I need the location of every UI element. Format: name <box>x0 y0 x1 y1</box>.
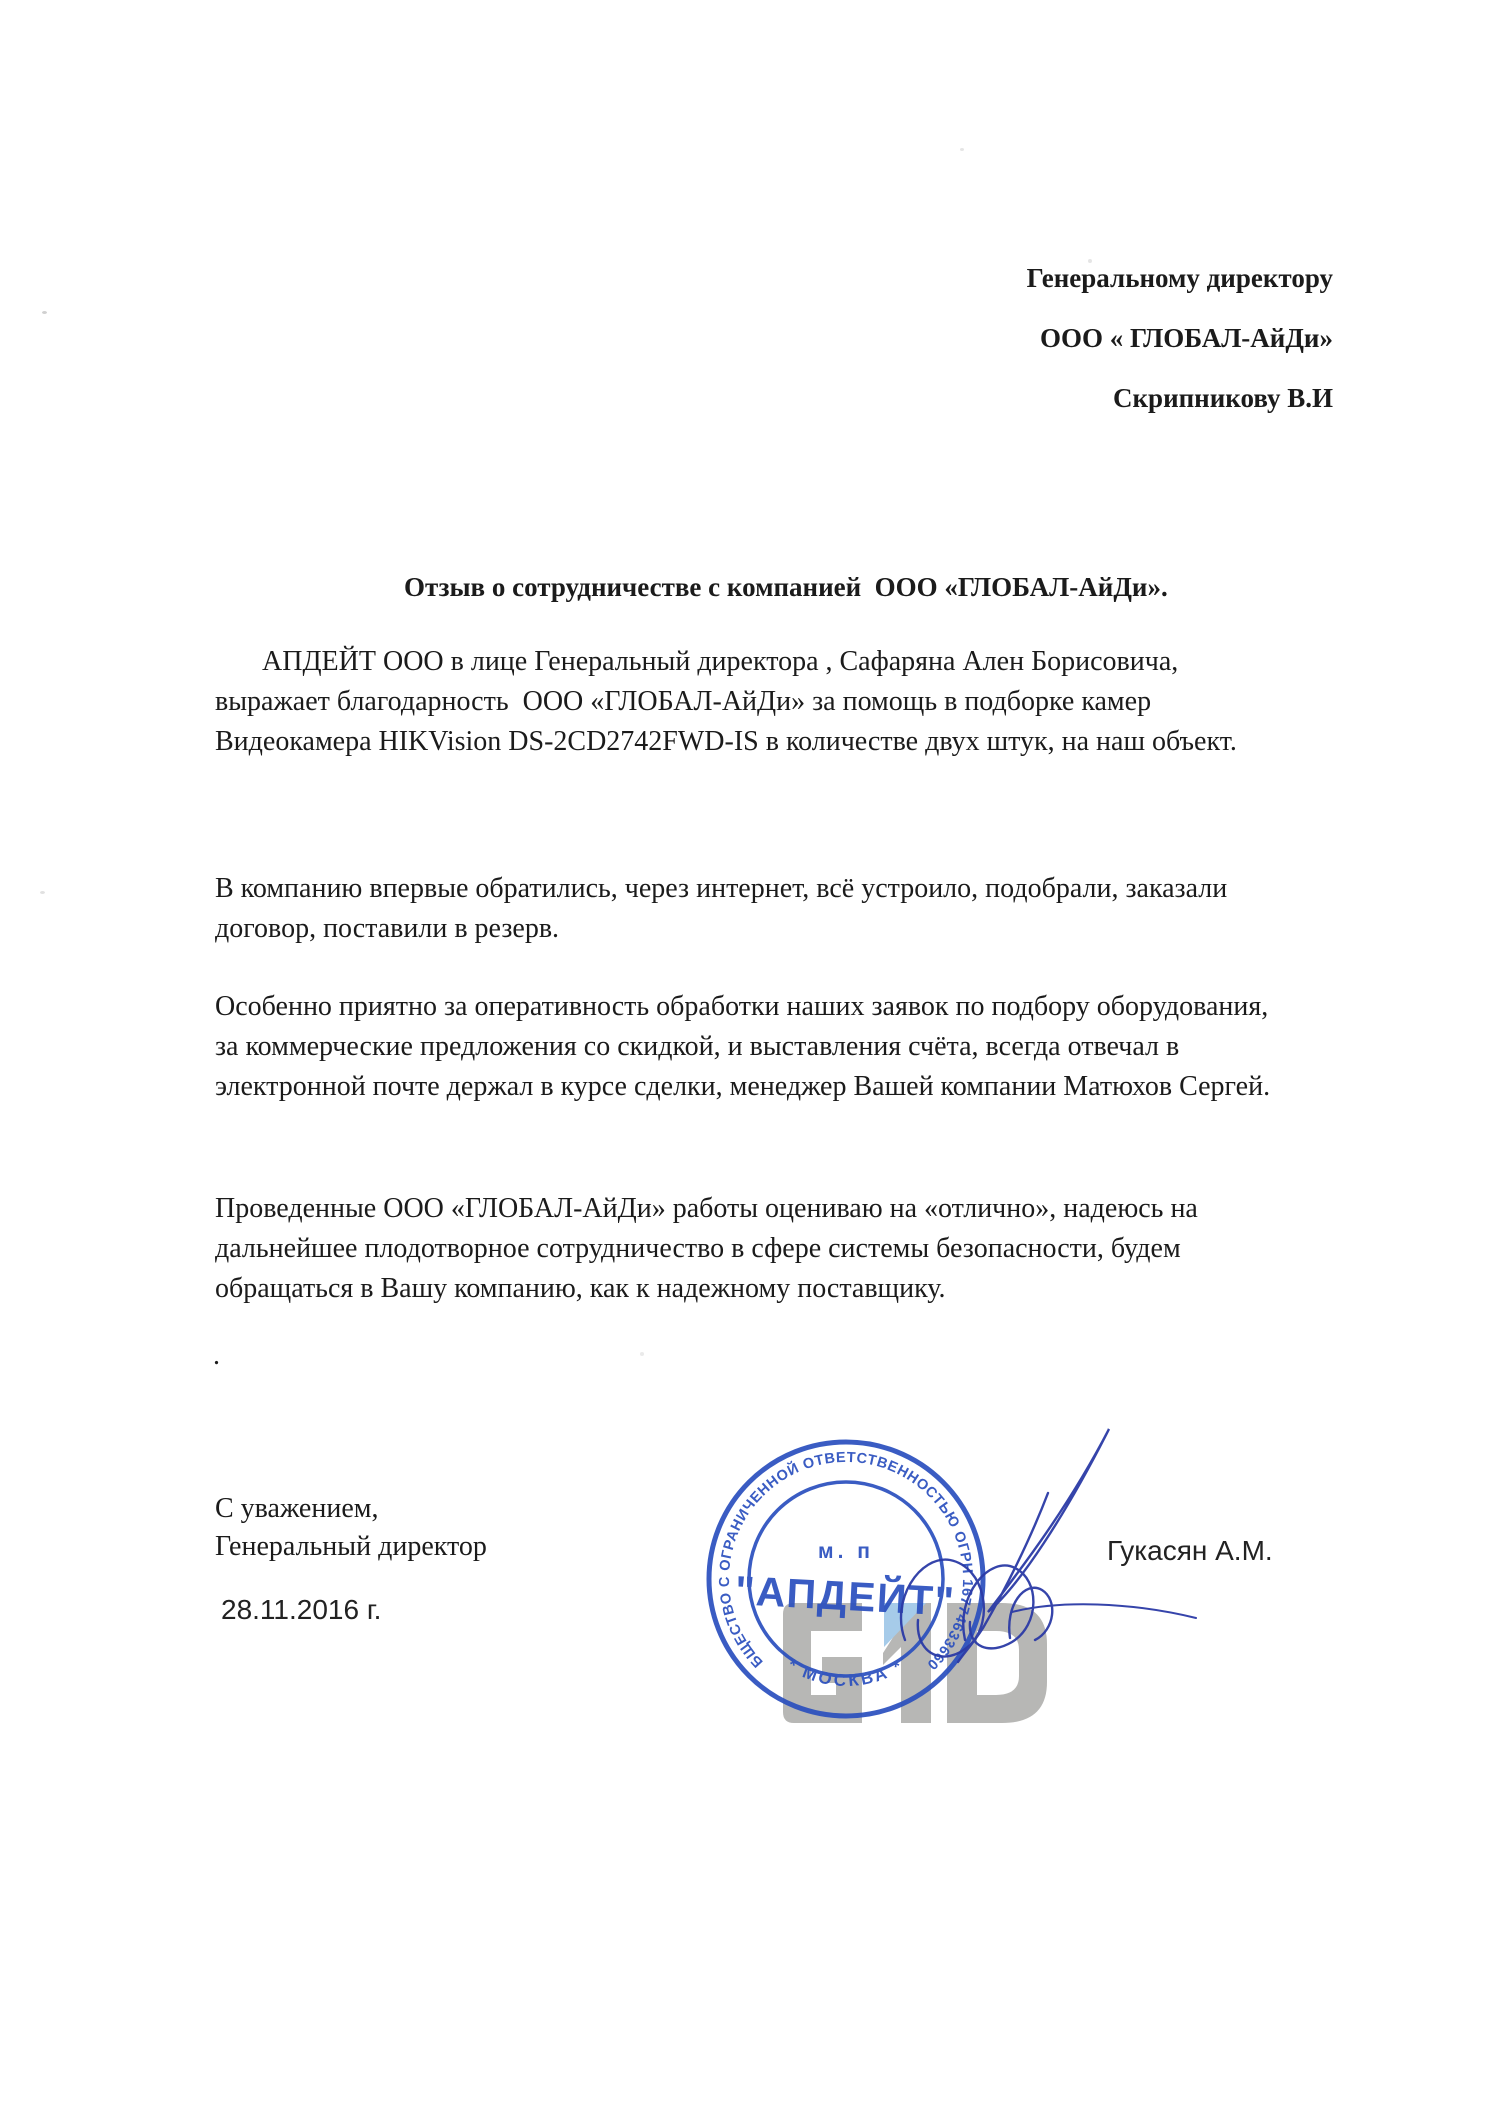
recipient-line: ООО « ГЛОБАЛ-АйДи» <box>1027 323 1333 383</box>
paragraph-3: Особенно приятно за оперативность обрабо… <box>215 990 1270 1110</box>
scan-speck <box>960 148 964 151</box>
letter-page: Генеральному директору ООО « ГЛОБАЛ-АйДи… <box>0 0 1500 2122</box>
paragraph-line: Проведенные ООО «ГЛОБАЛ-АйДи» работы оце… <box>215 1192 1198 1232</box>
recipient-block: Генеральному директору ООО « ГЛОБАЛ-АйДи… <box>1027 263 1333 443</box>
paragraph-line: договор, поставили в резерв. <box>215 912 1227 952</box>
document-title: Отзыв о сотрудничестве с компанией ООО «… <box>404 572 1168 602</box>
paragraph-line: АПДЕЙТ ООО в лице Генеральный директора … <box>215 645 1237 685</box>
paragraph-line: Видеокамера HIKVision DS-2CD2742FWD-IS в… <box>215 725 1237 765</box>
paragraph-line: обращаться в Вашу компанию, как к надежн… <box>215 1272 1198 1312</box>
scan-speck <box>40 891 45 894</box>
paragraph-4: Проведенные ООО «ГЛОБАЛ-АйДи» работы оце… <box>215 1192 1198 1312</box>
paragraph-2: В компанию впервые обратились, через инт… <box>215 872 1227 952</box>
paragraph-line: за коммерческие предложения со скидкой, … <box>215 1030 1270 1070</box>
paragraph-line: выражает благодарность ООО «ГЛОБАЛ-АйДи»… <box>215 685 1237 725</box>
paragraph-line: дальнейшее плодотворное сотрудничество в… <box>215 1232 1198 1272</box>
paragraph-1: АПДЕЙТ ООО в лице Генеральный директора … <box>215 645 1237 765</box>
recipient-line: Скрипникову В.И <box>1027 383 1333 443</box>
recipient-line: Генеральному директору <box>1027 263 1333 323</box>
closing-line: С уважением, <box>215 1493 487 1531</box>
paragraph-line: В компанию впервые обратились, через инт… <box>215 872 1227 912</box>
stray-period: . <box>213 1340 220 1372</box>
handwritten-signature <box>860 1380 1220 1690</box>
paragraph-line: электронной почте держал в курсе сделки,… <box>215 1070 1270 1110</box>
closing-block: С уважением, Генеральный директор <box>215 1493 487 1569</box>
paragraph-line: Особенно приятно за оперативность обрабо… <box>215 990 1270 1030</box>
scan-speck <box>640 1352 644 1356</box>
scan-speck <box>42 311 47 314</box>
closing-line: Генеральный директор <box>215 1531 487 1569</box>
letter-date: 28.11.2016 г. <box>221 1594 381 1626</box>
